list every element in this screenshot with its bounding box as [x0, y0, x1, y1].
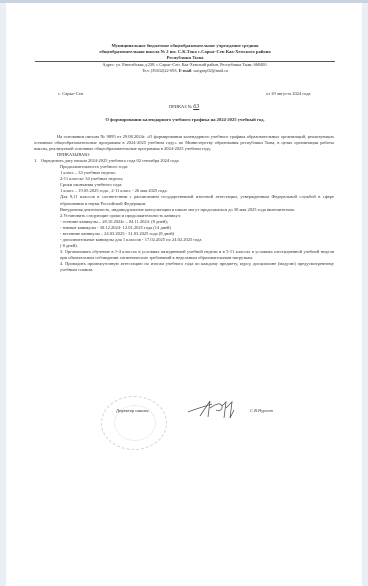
handwritten-signature-icon	[186, 398, 246, 420]
order-title: ПРИКАЗ № 63	[6, 104, 362, 110]
signatory-name: С.В.Нурсат	[250, 408, 273, 413]
item-1-details: Продолжительность учебного года: 1 класс…	[34, 164, 334, 273]
item-3: 3. Организовать обучение в 1-4 классах в…	[60, 249, 334, 261]
contact-phone: Тел: (39432)22-693,	[142, 68, 179, 73]
order-label: ПРИКАЗ №	[169, 104, 193, 109]
order-body: На основании письма № 9895 от 29.08.2024…	[34, 134, 334, 273]
preamble-paragraph: На основании письма № 9895 от 29.08.2024…	[34, 134, 334, 152]
order-subject: О формировании календарного учебного гра…	[35, 117, 335, 122]
organization-header: Муниципальное бюджетное общеобразователь…	[35, 43, 335, 61]
address-block: Адрес: ул. Енисейская д.238, с.Сарыг-Сеп…	[35, 62, 335, 74]
detail-line: Внеурочная деятельность, индивидуальные …	[60, 207, 334, 213]
item-4: 4. Проводить промежуточную аттестацию по…	[60, 261, 334, 273]
document-date: от 29 августа 2024 года	[266, 91, 311, 96]
contact-email: : sarigsep02@mail.ru	[191, 68, 228, 73]
item-1-text: Определить дату начала 2024-2025 учебног…	[41, 158, 180, 163]
email-label: E-mail	[179, 68, 191, 73]
signatory-title: Директор школы:	[116, 408, 150, 413]
detail-line: Для 9,11 классов в соответствии с распис…	[60, 194, 334, 206]
document-page: Муниципальное бюджетное общеобразователь…	[6, 3, 362, 586]
document-place: с. Сарыг-Сеп	[58, 91, 83, 96]
order-number: 63	[193, 104, 199, 110]
item-1-number: 1.	[34, 158, 37, 163]
contact-line: Тел: (39432)22-693, E-mail: sarigsep02@m…	[35, 68, 335, 74]
